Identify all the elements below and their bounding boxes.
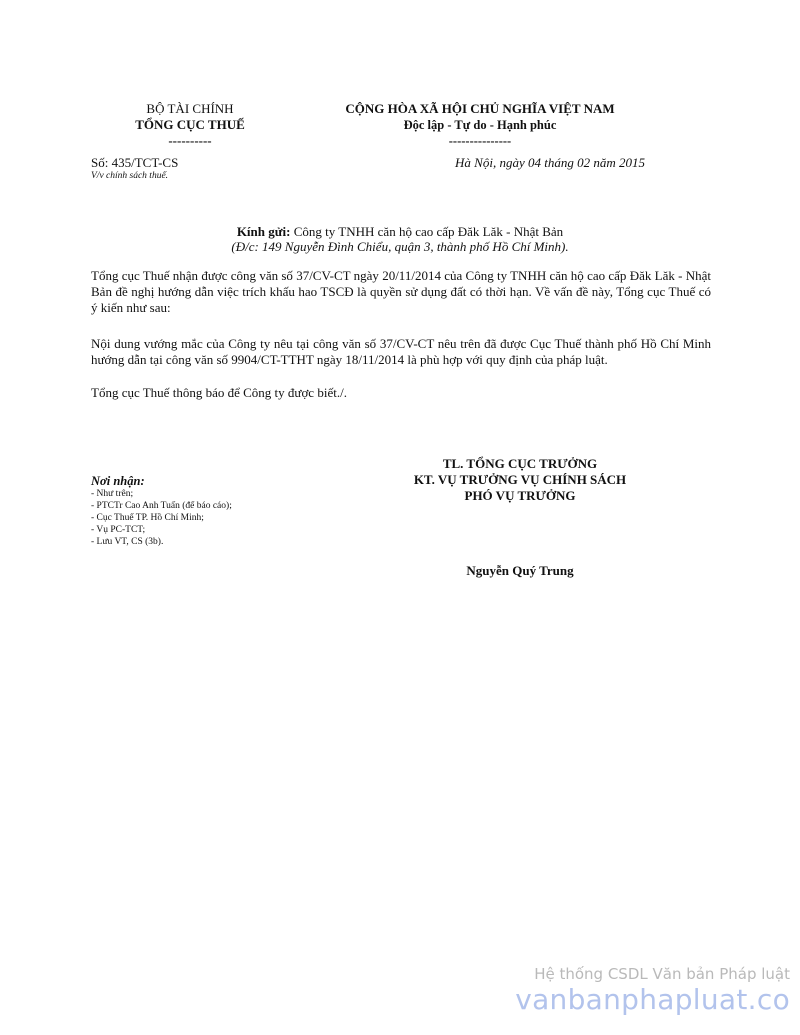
distribution-item: - Vụ PC-TCT; — [91, 524, 311, 536]
document-number: Số: 435/TCT-CS — [91, 155, 178, 171]
recipient-line: Kính gửi: Công ty TNHH căn hộ cao cấp Đă… — [100, 224, 700, 239]
issuing-agency-header: BỘ TÀI CHÍNH TỔNG CỤC THUẾ ---------- — [80, 101, 300, 149]
national-header: CỘNG HÒA XÃ HỘI CHỦ NGHĨA VIỆT NAM Độc l… — [300, 101, 660, 149]
watermark-site: vanbanphapluat.co — [510, 984, 790, 1016]
distribution-item: - PTCTr Cao Anh Tuấn (để báo cáo); — [91, 500, 311, 512]
distribution-item: - Cục Thuế TP. Hồ Chí Minh; — [91, 512, 311, 524]
distribution-list: Nơi nhận: - Như trên; - PTCTr Cao Anh Tu… — [91, 474, 311, 548]
signature-block: TL. TỔNG CỤC TRƯỞNG KT. VỤ TRƯỞNG VỤ CHÍ… — [370, 456, 670, 504]
signature-title-1: TL. TỔNG CỤC TRƯỞNG — [370, 456, 670, 472]
body-paragraph: Tổng cục Thuế thông báo để Công ty được … — [91, 385, 711, 401]
recipient-address: (Đ/c: 149 Nguyễn Đình Chiểu, quận 3, thà… — [100, 239, 700, 254]
recipient-block: Kính gửi: Công ty TNHH căn hộ cao cấp Đă… — [100, 224, 700, 254]
distribution-item: - Lưu VT, CS (3b). — [91, 536, 311, 548]
agency-name: TỔNG CỤC THUẾ — [80, 117, 300, 133]
recipient-name: Công ty TNHH căn hộ cao cấp Đăk Lăk - Nh… — [291, 224, 564, 239]
document-subject: V/v chính sách thuế. — [91, 171, 168, 182]
motto-divider: --------------- — [300, 133, 660, 149]
signature-title-2: KT. VỤ TRƯỞNG VỤ CHÍNH SÁCH — [370, 472, 670, 488]
watermark-caption: Hệ thống CSDL Văn bản Pháp luật — [510, 964, 790, 984]
agency-divider: ---------- — [80, 133, 300, 149]
distribution-title: Nơi nhận: — [91, 474, 311, 488]
distribution-item: - Như trên; — [91, 488, 311, 500]
body-paragraph: Tổng cục Thuế nhận được công văn số 37/C… — [91, 268, 711, 316]
republic-title: CỘNG HÒA XÃ HỘI CHỦ NGHĨA VIỆT NAM — [300, 101, 660, 117]
watermark: Hệ thống CSDL Văn bản Pháp luật vanbanph… — [510, 964, 790, 1016]
signer-name: Nguyễn Quý Trung — [370, 563, 670, 579]
body-paragraph: Nội dung vướng mắc của Công ty nêu tại c… — [91, 336, 711, 368]
ministry-name: BỘ TÀI CHÍNH — [80, 101, 300, 117]
national-motto: Độc lập - Tự do - Hạnh phúc — [300, 117, 660, 133]
signature-title-3: PHÓ VỤ TRƯỞNG — [370, 488, 670, 504]
issue-date: Hà Nội, ngày 04 tháng 02 năm 2015 — [300, 155, 645, 171]
recipient-label: Kính gửi: — [237, 224, 291, 239]
